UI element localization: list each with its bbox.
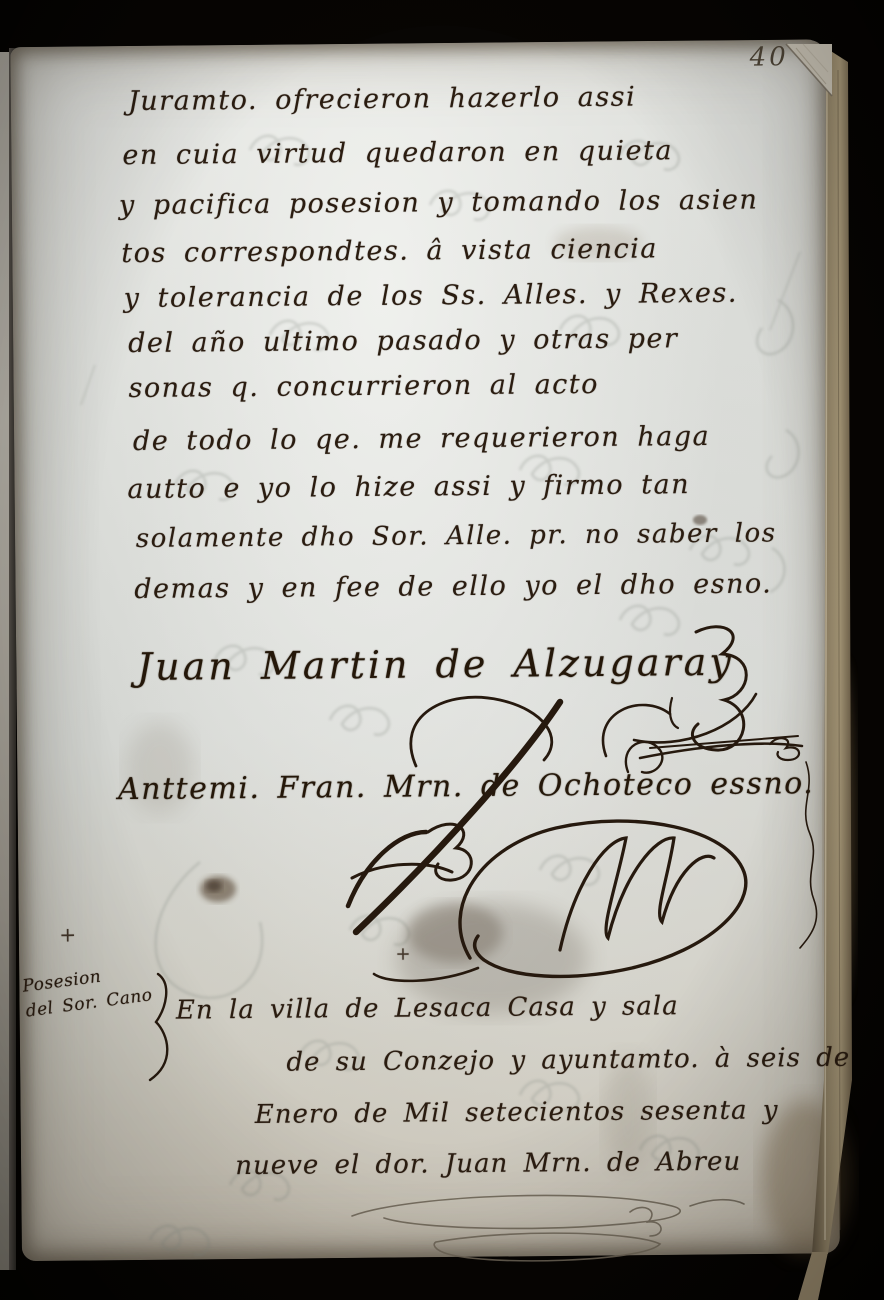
ink-flourish-layer [0, 0, 884, 1300]
signature-rubric [634, 627, 756, 750]
grand-rubric [348, 821, 746, 981]
photo-backdrop: 40 Juramto. ofrecieron hazerlo assi en c… [0, 0, 884, 1300]
bottom-flourish [352, 1195, 744, 1260]
margin-brace [150, 974, 167, 1080]
